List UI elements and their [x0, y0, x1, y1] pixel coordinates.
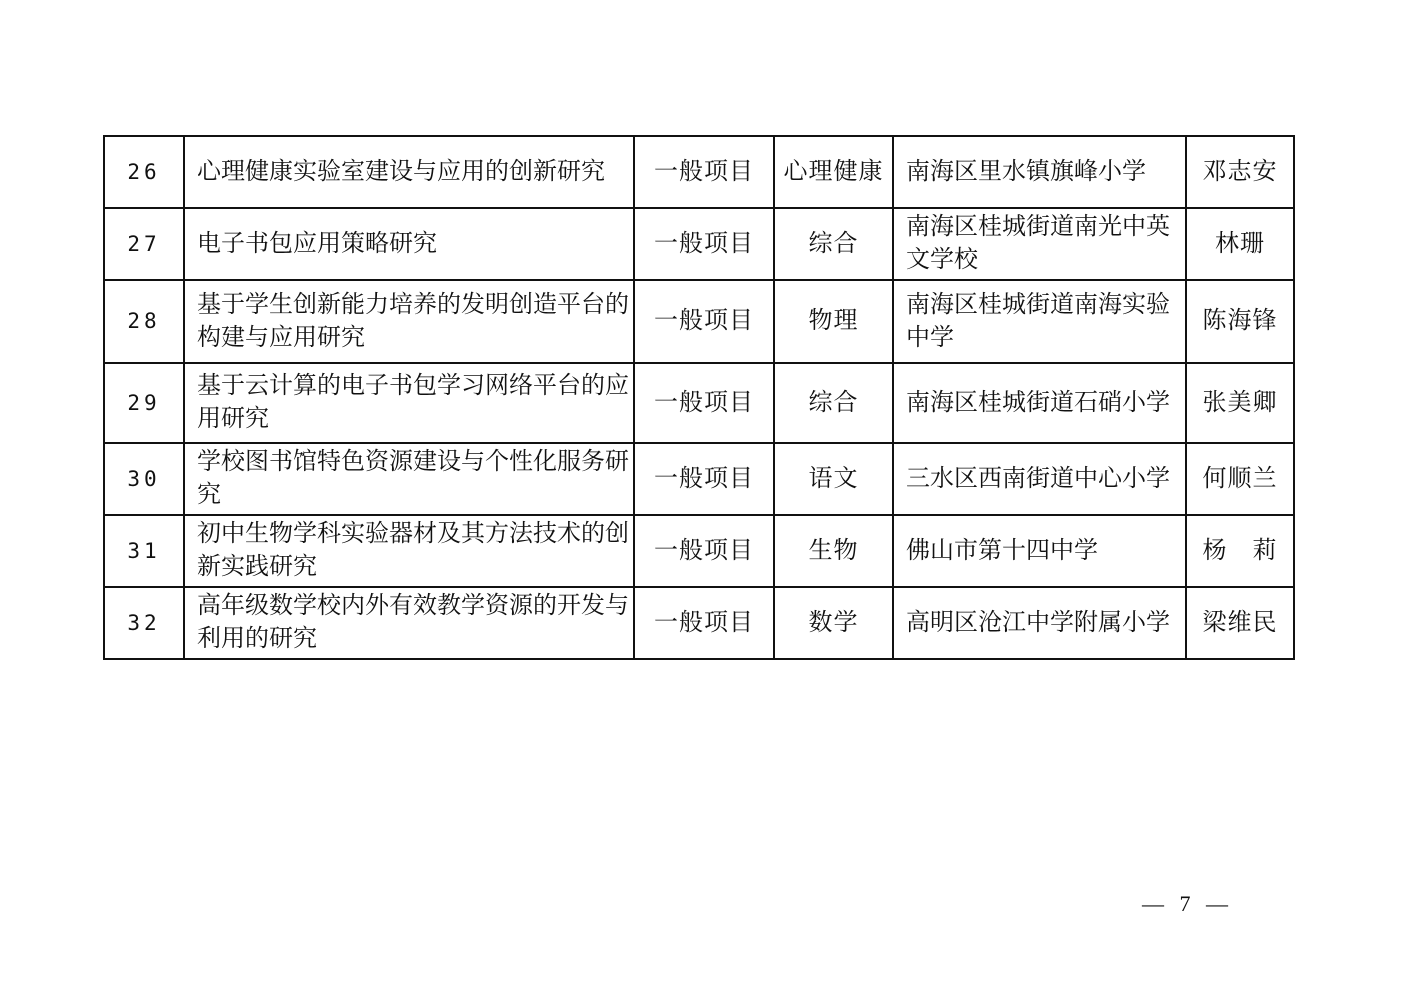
project-category: 一般项目: [634, 136, 774, 208]
project-school: 南海区桂城街道南海实验中学: [893, 280, 1186, 363]
project-category: 一般项目: [634, 515, 774, 587]
project-leader: 邓志安: [1186, 136, 1294, 208]
project-subject: 综合: [774, 208, 893, 280]
project-title: 基于学生创新能力培养的发明创造平台的构建与应用研究: [184, 280, 634, 363]
row-number: 32: [104, 587, 184, 659]
row-number: 31: [104, 515, 184, 587]
project-subject: 综合: [774, 363, 893, 443]
project-school: 南海区里水镇旗峰小学: [893, 136, 1186, 208]
project-title: 心理健康实验室建设与应用的创新研究: [184, 136, 634, 208]
project-school: 三水区西南街道中心小学: [893, 443, 1186, 515]
row-number: 27: [104, 208, 184, 280]
project-subject: 物理: [774, 280, 893, 363]
table-row: 29 基于云计算的电子书包学习网络平台的应用研究 一般项目 综合 南海区桂城街道…: [104, 363, 1294, 443]
project-category: 一般项目: [634, 587, 774, 659]
row-number: 28: [104, 280, 184, 363]
table-row: 27 电子书包应用策略研究 一般项目 综合 南海区桂城街道南光中英文学校 林珊: [104, 208, 1294, 280]
project-school: 南海区桂城街道南光中英文学校: [893, 208, 1186, 280]
project-subject: 生物: [774, 515, 893, 587]
row-number: 29: [104, 363, 184, 443]
project-leader: 陈海锋: [1186, 280, 1294, 363]
row-number: 30: [104, 443, 184, 515]
project-leader: 林珊: [1186, 208, 1294, 280]
document-page: 26 心理健康实验室建设与应用的创新研究 一般项目 心理健康 南海区里水镇旗峰小…: [0, 0, 1403, 992]
table-row: 32 高年级数学校内外有效教学资源的开发与利用的研究 一般项目 数学 高明区沧江…: [104, 587, 1294, 659]
table-row: 30 学校图书馆特色资源建设与个性化服务研究 一般项目 语文 三水区西南街道中心…: [104, 443, 1294, 515]
table-row: 26 心理健康实验室建设与应用的创新研究 一般项目 心理健康 南海区里水镇旗峰小…: [104, 136, 1294, 208]
project-subject: 心理健康: [774, 136, 893, 208]
project-category: 一般项目: [634, 363, 774, 443]
project-leader: 何顺兰: [1186, 443, 1294, 515]
project-title: 学校图书馆特色资源建设与个性化服务研究: [184, 443, 634, 515]
project-title: 电子书包应用策略研究: [184, 208, 634, 280]
project-title: 初中生物学科实验器材及其方法技术的创新实践研究: [184, 515, 634, 587]
project-category: 一般项目: [634, 443, 774, 515]
page-number: — 7 —: [1120, 891, 1250, 917]
project-leader: 杨 莉: [1186, 515, 1294, 587]
project-subject: 数学: [774, 587, 893, 659]
project-school: 南海区桂城街道石硝小学: [893, 363, 1186, 443]
project-category: 一般项目: [634, 208, 774, 280]
project-leader: 张美卿: [1186, 363, 1294, 443]
project-title: 基于云计算的电子书包学习网络平台的应用研究: [184, 363, 634, 443]
project-category: 一般项目: [634, 280, 774, 363]
project-school: 佛山市第十四中学: [893, 515, 1186, 587]
project-title: 高年级数学校内外有效教学资源的开发与利用的研究: [184, 587, 634, 659]
table-row: 31 初中生物学科实验器材及其方法技术的创新实践研究 一般项目 生物 佛山市第十…: [104, 515, 1294, 587]
row-number: 26: [104, 136, 184, 208]
project-subject: 语文: [774, 443, 893, 515]
project-leader: 梁维民: [1186, 587, 1294, 659]
project-school: 高明区沧江中学附属小学: [893, 587, 1186, 659]
projects-table: 26 心理健康实验室建设与应用的创新研究 一般项目 心理健康 南海区里水镇旗峰小…: [103, 135, 1295, 660]
table-row: 28 基于学生创新能力培养的发明创造平台的构建与应用研究 一般项目 物理 南海区…: [104, 280, 1294, 363]
